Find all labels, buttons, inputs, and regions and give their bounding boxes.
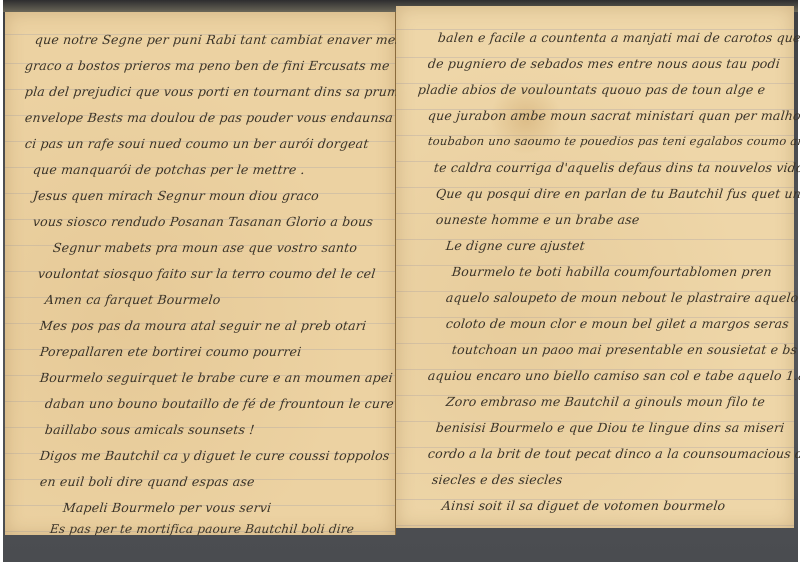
handwritten-line: que jurabon ambe moun sacrat ministari q…: [427, 108, 800, 123]
handwritten-line: Bourmelo seguirquet le brabe cure e an m…: [39, 370, 393, 385]
handwritten-line: Jesus quen mirach Segnur moun diou graco: [32, 188, 320, 203]
handwritten-line: Mes pos pas da moura atal seguir ne al p…: [39, 318, 367, 333]
handwritten-line: toutchoan un paoo mai presentable en sou…: [451, 342, 798, 357]
handwritten-line: Digos me Bautchil ca y diguet le cure co…: [39, 448, 390, 463]
handwritten-line: pladie abios de voulountats quouo pas de…: [417, 82, 766, 97]
handwritten-line: balen e facile a countenta a manjati mai…: [437, 30, 800, 45]
handwritten-line: Porepallaren ete bortirei coumo pourrei: [39, 344, 302, 359]
handwritten-line: que notre Segne per puni Rabi tant cambi…: [34, 32, 403, 47]
handwritten-line: Mapeli Bourmelo per vous servi: [62, 500, 272, 515]
handwritten-line: en euil boli dire quand espas ase: [39, 474, 255, 489]
handwritten-line: Bourmelo te boti habilla coumfourtablome…: [451, 264, 772, 279]
handwritten-line: ci pas un rafe soui nued coumo un ber au…: [24, 136, 369, 151]
handwritten-line: Que qu posqui dire en parlan de tu Bautc…: [435, 186, 800, 201]
handwritten-line: Segnur mabets pra moun ase que vostro sa…: [52, 240, 358, 255]
handwritten-line: cordo a la brit de tout pecat dinco a la…: [427, 446, 800, 461]
handwritten-line: pla del prejudici que vous porti en tour…: [24, 84, 425, 99]
handwritten-line: toubabon uno saoumo te pouedios pas teni…: [427, 134, 800, 148]
handwritten-line: siecles e des siecles: [431, 472, 563, 487]
handwritten-line: benisisi Bourmelo e que Diou te lingue d…: [435, 420, 785, 435]
left-page: que notre Segne per puni Rabi tant cambi…: [5, 12, 396, 535]
handwritten-line: aquelo saloupeto de moun nebout le plast…: [445, 290, 799, 305]
right-page: balen e facile a countenta a manjati mai…: [396, 6, 794, 528]
handwritten-line: envelope Bests ma doulou de pas pouder v…: [24, 110, 394, 125]
handwritten-line: te caldra courriga d'aquelis defaus dins…: [433, 160, 800, 175]
handwritten-line: baillabo sous amicals sounsets !: [44, 422, 255, 437]
handwritten-line: graco a bostos prieros ma peno ben de fi…: [24, 58, 390, 73]
handwritten-line: voulontat siosquo faito sur la terro cou…: [37, 266, 376, 281]
handwritten-line: vous siosco rendudo Posanan Tasanan Glor…: [32, 214, 374, 229]
handwritten-line: coloto de moun clor e moun bel gilet a m…: [445, 316, 790, 331]
handwritten-line: aquiou encaro uno biello camiso san col …: [427, 368, 800, 383]
handwritten-line: Le digne cure ajustet: [445, 238, 586, 253]
handwritten-line: Ainsi soit il sa diguet de votomen bourm…: [441, 498, 726, 513]
handwritten-line: Es pas per te mortifica paoure Bautchil …: [49, 522, 355, 536]
handwritten-line: que manquarói de potchas per le mettre .: [32, 162, 305, 177]
handwritten-line: Amen ca farquet Bourmelo: [44, 292, 221, 307]
handwritten-line: de pugniero de sebados mes entre nous ao…: [427, 56, 781, 71]
handwritten-line: Zoro embraso me Bautchil a ginouls moun …: [445, 394, 766, 409]
handwritten-line: daban uno bouno boutaillo de fé de froun…: [44, 396, 406, 411]
handwritten-line: ouneste homme e un brabe ase: [435, 212, 640, 227]
